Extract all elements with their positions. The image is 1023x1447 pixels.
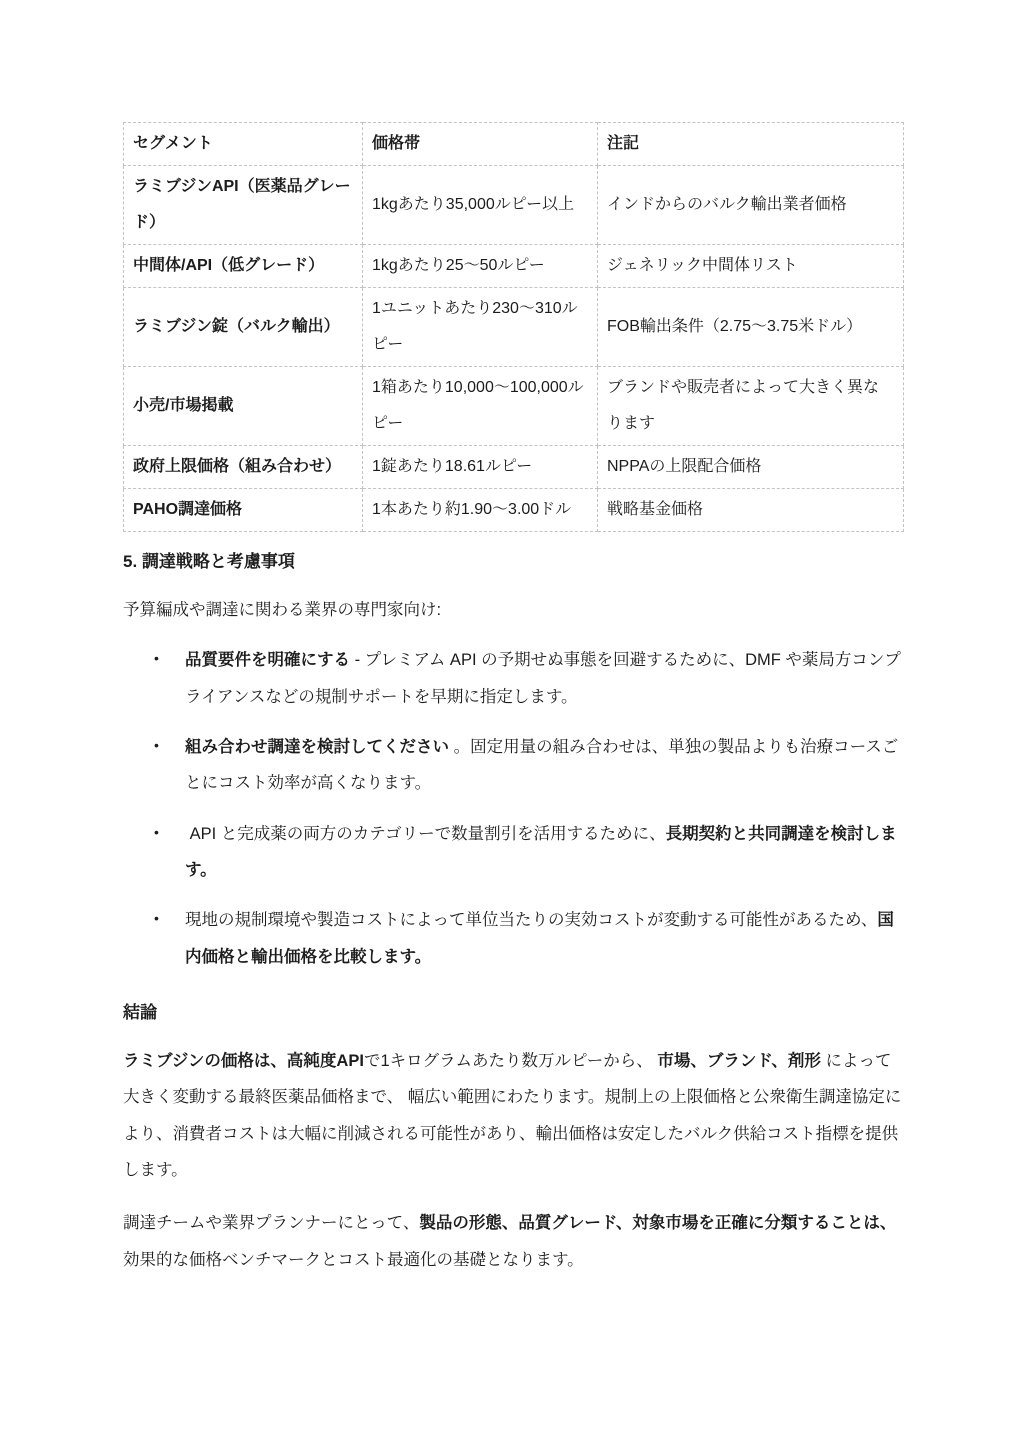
table-row: ラミブジンAPI（医薬品グレード） 1kgあたり35,000ルピー以上 インドか… (124, 166, 904, 245)
list-item-bold-text: 品質要件を明確にする (185, 651, 350, 669)
list-item: API と完成薬の両方のカテゴリーで数量割引を活用するために、長期契約と共同調達… (185, 816, 903, 889)
cell-segment: 中間体/API（低グレード） (124, 245, 363, 288)
table-header-row: セグメント 価格帯 注記 (124, 123, 904, 166)
list-item: 品質要件を明確にする - プレミアム API の予期せぬ事態を回避するために、D… (185, 642, 903, 715)
header-price-range: 価格帯 (363, 123, 598, 166)
cell-price: 1箱あたり10,000〜100,000ルピー (363, 367, 598, 446)
cell-note: NPPAの上限配合価格 (598, 446, 904, 489)
table-row: ラミブジン錠（バルク輸出） 1ユニットあたり230〜310ルピー FOB輸出条件… (124, 288, 904, 367)
cell-note: ブランドや販売者によって大きく異なります (598, 367, 904, 446)
table-row: 小売/市場掲載 1箱あたり10,000〜100,000ルピー ブランドや販売者に… (124, 367, 904, 446)
conclusion-bold-text: 製品の形態、品質グレード、対象市場を正確に分類することは、 (419, 1214, 896, 1232)
cell-note: インドからのバルク輸出業者価格 (598, 166, 904, 245)
conclusion-bold-text: 市場、ブランド、剤形 (657, 1052, 821, 1070)
section-heading-procurement-strategy: 5. 調達戦略と考慮事項 (123, 548, 903, 575)
list-item: 組み合わせ調達を検討してください 。固定用量の組み合わせは、単独の製品よりも治療… (185, 729, 903, 802)
conclusion-paragraph-2: 調達チームや業界プランナーにとって、製品の形態、品質グレード、対象市場を正確に分… (123, 1205, 903, 1278)
cell-segment: ラミブジン錠（バルク輸出） (124, 288, 363, 367)
document-content: セグメント 価格帯 注記 ラミブジンAPI（医薬品グレード） 1kgあたり35,… (123, 122, 903, 1278)
pricing-table: セグメント 価格帯 注記 ラミブジンAPI（医薬品グレード） 1kgあたり35,… (123, 122, 904, 532)
list-item-text: API と完成薬の両方のカテゴリーで数量割引を活用するために、 (185, 825, 666, 843)
cell-price: 1ユニットあたり230〜310ルピー (363, 288, 598, 367)
header-notes: 注記 (598, 123, 904, 166)
cell-segment: ラミブジンAPI（医薬品グレード） (124, 166, 363, 245)
cell-price: 1錠あたり18.61ルピー (363, 446, 598, 489)
cell-note: FOB輸出条件（2.75〜3.75米ドル） (598, 288, 904, 367)
conclusion-bold-text: ラミブジンの価格は、高純度API (123, 1052, 364, 1070)
table-row: 政府上限価格（組み合わせ） 1錠あたり18.61ルピー NPPAの上限配合価格 (124, 446, 904, 489)
section-heading-conclusion: 結論 (123, 999, 903, 1026)
conclusion-text: で1キログラムあたり数万ルピーから、 (364, 1052, 657, 1070)
conclusion-text: によって大きく変動する最終医薬品価格まで、 幅広い範囲にわたります。規制上の上限… (123, 1052, 901, 1179)
document-page: セグメント 価格帯 注記 ラミブジンAPI（医薬品グレード） 1kgあたり35,… (0, 0, 1023, 1447)
cell-price: 1本あたり約1.90〜3.00ドル (363, 489, 598, 532)
cell-note: 戦略基金価格 (598, 489, 904, 532)
list-item-text: 現地の規制環境や製造コストによって単位当たりの実効コストが変動する可能性があるた… (185, 911, 877, 929)
conclusion-paragraph-1: ラミブジンの価格は、高純度APIで1キログラムあたり数万ルピーから、 市場、ブラ… (123, 1043, 903, 1188)
list-item: 現地の規制環境や製造コストによって単位当たりの実効コストが変動する可能性があるた… (185, 902, 903, 975)
cell-segment: 政府上限価格（組み合わせ） (124, 446, 363, 489)
conclusion-text: 調達チームや業界プランナーにとって、 (123, 1214, 419, 1232)
cell-segment: PAHO調達価格 (124, 489, 363, 532)
list-item-bold-text: 組み合わせ調達を検討してください (185, 738, 449, 756)
cell-price: 1kgあたり25〜50ルピー (363, 245, 598, 288)
cell-note: ジェネリック中間体リスト (598, 245, 904, 288)
strategy-intro: 予算編成や調達に関わる業界の専門家向け: (123, 592, 903, 628)
table-row: 中間体/API（低グレード） 1kgあたり25〜50ルピー ジェネリック中間体リ… (124, 245, 904, 288)
header-segment: セグメント (124, 123, 363, 166)
cell-segment: 小売/市場掲載 (124, 367, 363, 446)
table-row: PAHO調達価格 1本あたり約1.90〜3.00ドル 戦略基金価格 (124, 489, 904, 532)
cell-price: 1kgあたり35,000ルピー以上 (363, 166, 598, 245)
strategy-list: 品質要件を明確にする - プレミアム API の予期せぬ事態を回避するために、D… (123, 642, 903, 974)
